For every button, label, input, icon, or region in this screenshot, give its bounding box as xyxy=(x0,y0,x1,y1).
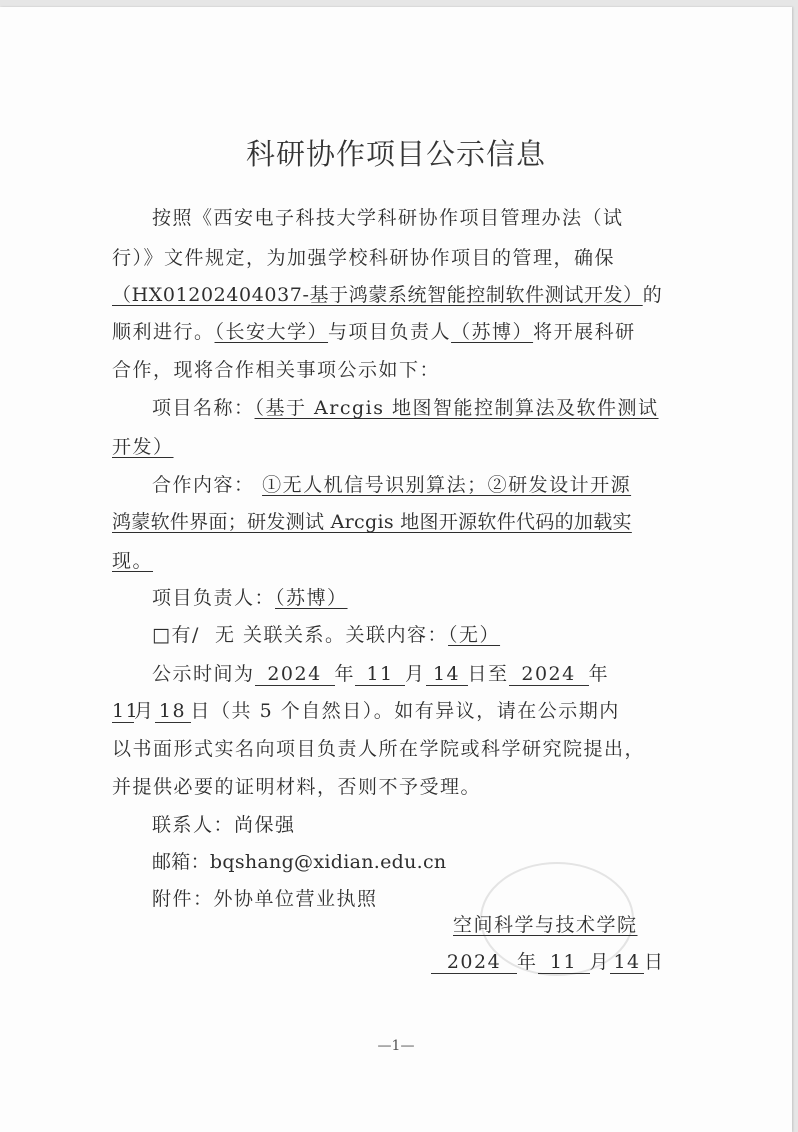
email-row: 邮箱：bqshang@xidian.edu.cn xyxy=(152,847,446,874)
cooperation-content-value-1: ①无人机信号识别算法；②研发设计开源 xyxy=(262,474,631,496)
start-day: 14 xyxy=(426,664,468,686)
project-code-title: （HX01202404037-基于鸿蒙系统智能控制软件测试开发） xyxy=(112,284,643,306)
intro-line-4-suffix: 将开展科研 xyxy=(533,321,636,343)
cooperation-content-row-2: 鸿蒙软件界面；研发测试 Arcgis 地图开源软件代码的加载实 xyxy=(112,507,632,534)
signature-month-label: 月 xyxy=(590,951,611,973)
intro-line-4-mid: 与项目负责人 xyxy=(328,321,451,343)
contact-row: 联系人：尚保强 xyxy=(152,810,296,837)
contact-label: 联系人： xyxy=(152,814,234,836)
cooperation-content-label: 合作内容： xyxy=(152,474,255,496)
relation-checkbox[interactable]: □有/ xyxy=(152,624,200,646)
page-title: 科研协作项目公示信息 xyxy=(0,132,792,173)
signature-year-label: 年 xyxy=(517,951,538,973)
attachment-row: 附件：外协单位营业执照 xyxy=(152,884,378,911)
signature-month: 11 xyxy=(538,952,590,974)
publicity-period-row: 公示时间为2024年11月14日至2024年 xyxy=(152,659,609,686)
publicity-line-4: 并提供必要的证明材料，否则不予受理。 xyxy=(112,772,481,799)
contact-name: 尚保强 xyxy=(234,814,296,836)
email-label: 邮箱： xyxy=(152,851,210,873)
publicity-prefix: 公示时间为 xyxy=(152,663,255,685)
signature-year: 2024 xyxy=(431,952,517,974)
intro-line-1: 按照《西安电子科技大学科研协作项目管理办法（试 xyxy=(152,203,624,230)
intro-line-3: （HX01202404037-基于鸿蒙系统智能控制软件测试开发）的 xyxy=(112,280,662,307)
email-value[interactable]: bqshang@xidian.edu.cn xyxy=(210,851,447,873)
relation-text: 关联关系。关联内容： xyxy=(243,624,448,646)
relation-value: （无） xyxy=(448,624,500,646)
end-month: 11 xyxy=(112,701,134,723)
intro-line-4: 顺利进行。（长安大学）与项目负责人（苏博）将开展科研 xyxy=(112,317,636,344)
cooperation-content-row-3: 现。 xyxy=(112,546,153,573)
end-year: 2024 xyxy=(509,664,589,686)
relation-row: □有/ 无 关联关系。关联内容：（无） xyxy=(152,620,500,647)
project-name-label: 项目名称： xyxy=(152,397,255,419)
day-label: 日 xyxy=(191,700,212,722)
project-leader-value: （苏博） xyxy=(275,587,348,609)
document-page: 科研协作项目公示信息 按照《西安电子科技大学科研协作项目管理办法（试 行）》文件… xyxy=(0,7,792,1132)
publicity-line-3: 以书面形式实名向项目负责人所在学院或科学研究院提出， xyxy=(112,734,645,761)
project-name-row-2: 开发） xyxy=(112,432,174,459)
to-label: 日至 xyxy=(468,663,509,685)
month-label: 月 xyxy=(405,663,426,685)
year-label: 年 xyxy=(335,663,356,685)
cooperation-content-value-3: 现。 xyxy=(112,550,153,572)
intro-line-3-suffix: 的 xyxy=(643,284,663,306)
project-leader-label: 项目负责人： xyxy=(152,587,275,609)
publicity-line-2-suffix: （共 5 个自然日）。如有异议，请在公示期内 xyxy=(211,700,620,722)
project-leader-inline: （苏博） xyxy=(451,321,533,343)
publicity-period-row-2: 11月18日（共 5 个自然日）。如有异议，请在公示期内 xyxy=(112,696,620,723)
start-year: 2024 xyxy=(255,664,335,686)
partner-unit: （长安大学） xyxy=(215,321,329,343)
project-name-value-2: 开发） xyxy=(112,436,174,458)
project-leader-row: 项目负责人：（苏博） xyxy=(152,583,348,610)
signature-day-label: 日 xyxy=(644,951,665,973)
cooperation-content-row: 合作内容： ①无人机信号识别算法；②研发设计开源 xyxy=(152,470,631,497)
signature-department-row: 空间科学与技术学院 xyxy=(453,910,638,937)
cooperation-content-value-2: 鸿蒙软件界面；研发测试 Arcgis 地图开源软件代码的加载实 xyxy=(112,511,632,533)
intro-line-2: 行）》文件规定，为加强学校科研协作项目的管理，确保 xyxy=(112,243,615,270)
month-label-2: 月 xyxy=(134,700,155,722)
page-number: —1— xyxy=(0,1038,792,1054)
signature-department: 空间科学与技术学院 xyxy=(453,914,638,936)
intro-line-4-prefix: 顺利进行。 xyxy=(112,321,215,343)
signature-date-row: 2024年11月14日 xyxy=(431,947,665,974)
project-name-row: 项目名称：（基于 Arcgis 地图智能控制算法及软件测试 xyxy=(152,393,659,420)
year-label-2: 年 xyxy=(589,663,610,685)
attachment-value: 外协单位营业执照 xyxy=(214,888,378,910)
start-month: 11 xyxy=(355,664,405,686)
intro-line-5: 合作，现将合作相关事项公示如下： xyxy=(112,355,440,382)
project-name-value-1: （基于 Arcgis 地图智能控制算法及软件测试 xyxy=(255,397,659,419)
signature-day: 14 xyxy=(610,952,644,974)
relation-none: 无 xyxy=(215,624,236,646)
end-day: 18 xyxy=(155,701,191,723)
attachment-label: 附件： xyxy=(152,888,214,910)
